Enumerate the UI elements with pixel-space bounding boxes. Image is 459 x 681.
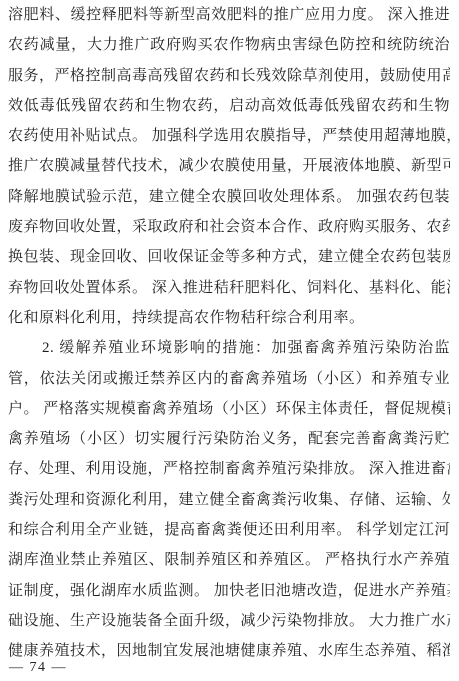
text-line: 化和原料化利用，持续提高农作物秸秆综合利用率。 (8, 303, 450, 333)
text-line: 降解地膜试验示范，建立健全农膜回收处理体系。 加强农药包装 (8, 182, 450, 212)
text-line: 废弃物回收处置，采取政府和社会资本合作、政府购买服务、农药 (8, 212, 450, 242)
document-page: 溶肥料、缓控释肥料等新型高效肥料的推广应用力度。 深入推进农药减量，大力推广政府… (0, 0, 459, 681)
text-line: 溶肥料、缓控释肥料等新型高效肥料的推广应用力度。 深入推进 (8, 0, 450, 30)
page-number: — 74 — (9, 659, 67, 677)
text-line: 粪污处理和资源化利用，建立健全畜禽粪污收集、存储、运输、处理 (8, 485, 450, 515)
text-line: 2. 缓解养殖业环境影响的措施：加强畜禽养殖污染防治监 (8, 333, 450, 363)
text-line: 健康养殖技术，因地制宜发展池塘健康养殖、水库生态养殖、稻渔 (8, 636, 450, 666)
text-line: 推广农膜减量替代技术，减少农膜使用量，开展液体地膜、新型可 (8, 151, 450, 181)
text-line: 农药使用补贴试点。 加强科学选用农膜指导，严禁使用超薄地膜， (8, 121, 450, 151)
text-line: 服务，严格控制高毒高残留农药和长残效除草剂使用，鼓励使用高 (8, 61, 450, 91)
text-line: 础设施、生产设施装备全面升级，减少污染物排放。 大力推广水产 (8, 606, 450, 636)
text-line: 禽养殖场（小区）切实履行污染防治义务，配套完善畜禽粪污贮 (8, 424, 450, 454)
text-line: 证制度，强化湖库水质监测。 加快老旧池塘改造，促进水产养殖基 (8, 576, 450, 606)
text-line: 和综合利用全产业链，提高畜禽粪便还田利用率。 科学划定江河 (8, 515, 450, 545)
text-line: 管，依法关闭或搬迁禁养区内的畜禽养殖场（小区）和养殖专业 (8, 364, 450, 394)
text-line: 弃物回收处置体系。 深入推进秸秆肥料化、饲料化、基料化、能源 (8, 273, 450, 303)
text-line: 存、处理、利用设施，严格控制畜禽养殖污染排放。 深入推进畜禽 (8, 454, 450, 484)
text-line: 湖库渔业禁止养殖区、限制养殖区和养殖区。 严格执行水产养殖 (8, 545, 450, 575)
text-line: 农药减量，大力推广政府购买农作物病虫害绿色防控和统防统治 (8, 30, 450, 60)
text-line: 效低毒低残留农药和生物农药，启动高效低毒低残留农药和生物 (8, 91, 450, 121)
text-line: 户。 严格落实规模畜禽养殖场（小区）环保主体责任，督促规模畜 (8, 394, 450, 424)
text-line: 换包装、现金回收、回收保证金等多种方式，建立健全农药包装废 (8, 242, 450, 272)
body-text: 溶肥料、缓控释肥料等新型高效肥料的推广应用力度。 深入推进农药减量，大力推广政府… (8, 0, 450, 667)
